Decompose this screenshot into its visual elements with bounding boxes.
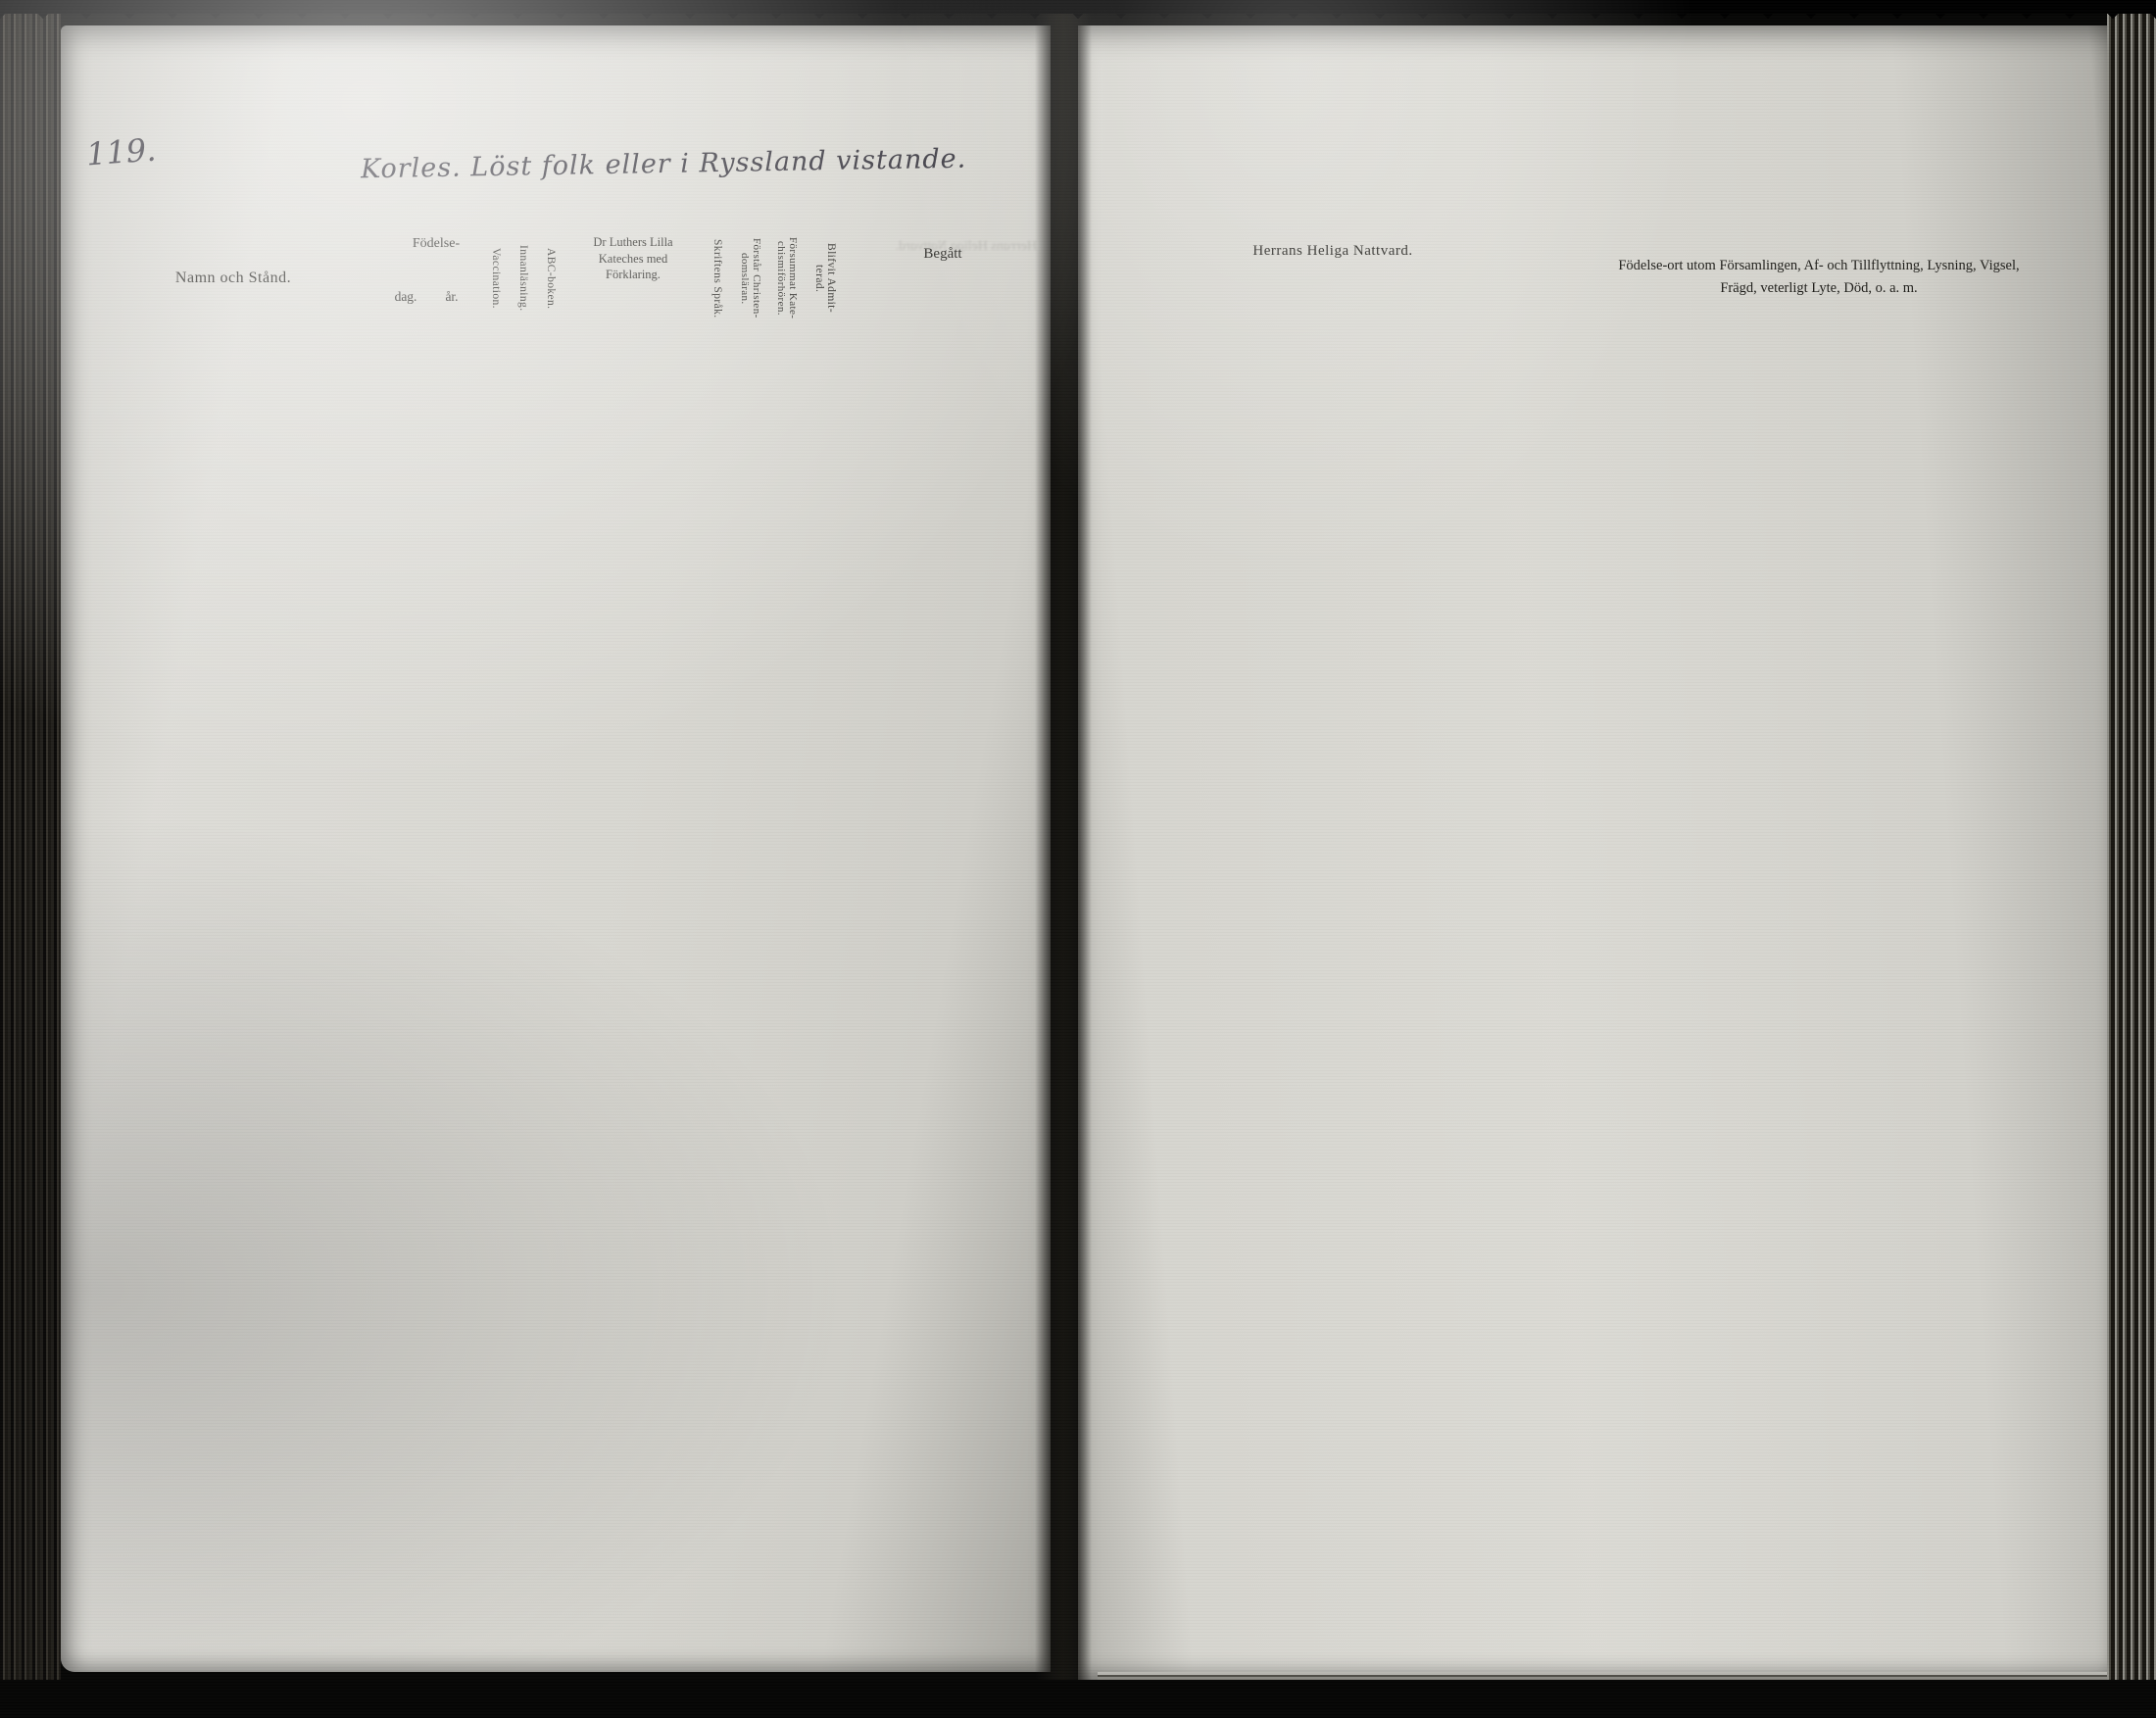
photo-dark-bottom	[0, 1680, 2156, 1718]
book-gutter-shadow	[1035, 0, 1092, 1718]
photo-dark-border	[0, 0, 2156, 33]
scanned-parish-register: 119. Korles. Löst folk eller i Ryssland …	[0, 0, 2156, 1718]
page-stack-edge	[2107, 0, 2156, 1718]
